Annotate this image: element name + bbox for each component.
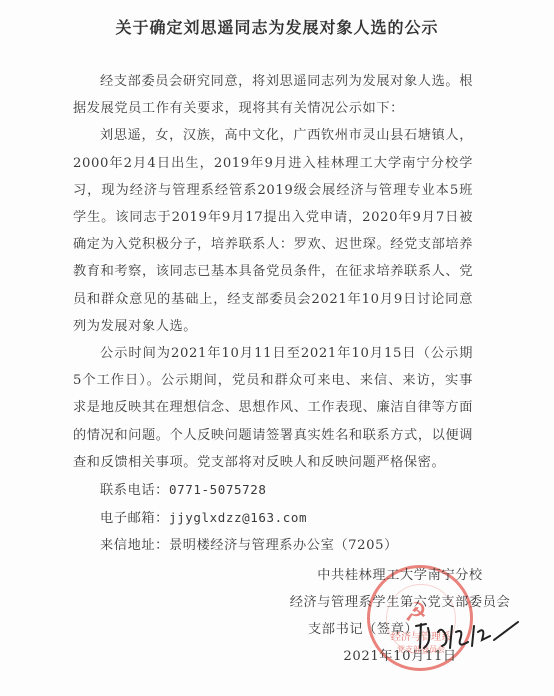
paragraph-profile: 刘思遥，女，汉族，高中文化，广西钦州市灵山县石塘镇人，2000年2月4日出生，2… [73, 122, 473, 340]
org-line-1: 中共桂林理工大学南宁分校 [270, 562, 530, 589]
contact-email: 电子邮箱：jjyglxdzz@163.com [73, 504, 473, 532]
contact-address: 来信地址：景明楼经济与管理系办公室（7205） [73, 532, 473, 559]
contact-address-label: 来信地址： [100, 538, 169, 553]
document-title: 关于确定刘思遥同志为发展对象人选的公示 [0, 15, 554, 38]
paragraph-notice-period: 公示时间为2021年10月11日至2021年10月15日（公示期5个工作日）。公… [73, 340, 473, 476]
handwritten-signature-icon [412, 618, 522, 654]
contact-email-label: 电子邮箱： [100, 511, 169, 526]
contact-phone-label: 联系电话： [100, 483, 169, 498]
contact-phone-value: 0771-5075728 [169, 482, 267, 497]
org-line-2: 经济与管理系学生第六党支部委员会 [270, 589, 530, 616]
contact-phone: 联系电话：0771-5075728 [73, 476, 473, 504]
document-body: 经支部委员会研究同意，将刘思遥同志列为发展对象人选。根据发展党员工作有关要求，现… [73, 68, 473, 560]
contact-address-value: 景明楼经济与管理系办公室（7205） [169, 538, 398, 553]
paragraph-intro: 经支部委员会研究同意，将刘思遥同志列为发展对象人选。根据发展党员工作有关要求，现… [73, 68, 473, 122]
contact-email-value[interactable]: jjyglxdzz@163.com [169, 510, 307, 525]
